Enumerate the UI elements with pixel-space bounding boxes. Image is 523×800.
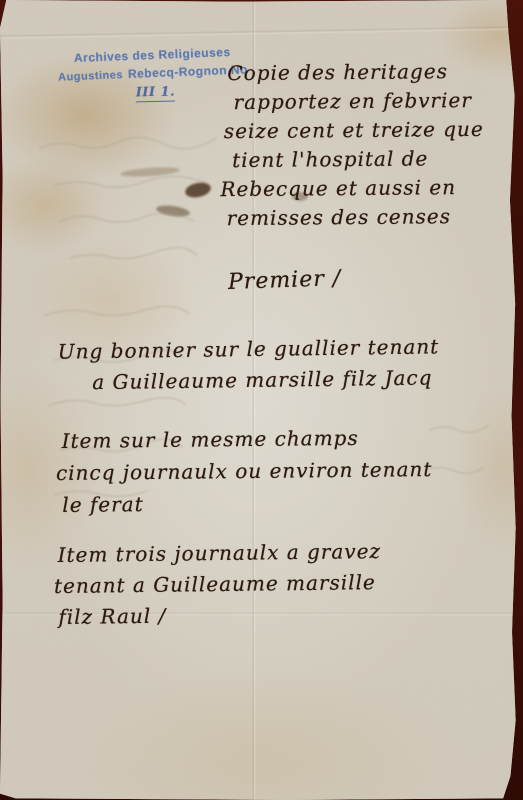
stamp-inventory-number: III 1. (136, 84, 176, 102)
entry-first: Ung bonnier sur le guallier tenant a Gui… (58, 331, 440, 398)
stamp-line-2: Augustines (58, 69, 123, 83)
manuscript-line: tient l'hospital de (232, 144, 484, 175)
ink-stain (184, 180, 212, 199)
entry-third: Item trois journaulx a gravez tenant a G… (57, 536, 382, 633)
ink-stain (120, 166, 180, 178)
opening-paragraph: Copie des heritages rapportez en febvrie… (227, 57, 484, 233)
top-fold-crease (0, 25, 523, 39)
manuscript-line: remisses des censes (227, 202, 485, 233)
manuscript-line: tenant a Guilleaume marsille (54, 567, 382, 602)
manuscript-line: cincq journaulx ou environ tenant (56, 453, 433, 489)
manuscript-line: Item sur le mesme champs (62, 421, 433, 457)
stamp-line-1: Archives des Religieuses (74, 45, 231, 65)
photo-frame: Archives des Religieuses Augustines Rebe… (0, 0, 523, 800)
manuscript-line: a Guilleaume marsille filz Jacq (92, 362, 440, 398)
archive-stamp: Archives des Religieuses Augustines Rebe… (57, 42, 249, 104)
manuscript-line: le ferat (62, 485, 433, 521)
entry-second: Item sur le mesme champs cincq journaulx… (62, 421, 433, 521)
manuscript-line: seize cent et treize que (224, 115, 484, 146)
manuscript-line: Copie des heritages (227, 57, 483, 88)
section-header: Premier / (228, 266, 342, 295)
manuscript-line: Item trois journaulx a gravez (57, 536, 381, 571)
ink-stain (155, 204, 190, 219)
manuscript-line: rapportez en febvrier (233, 86, 483, 117)
manuscript-line: filz Raul / (58, 598, 382, 633)
manuscript-line: Rebecque et aussi en (220, 173, 484, 204)
manuscript-page: Archives des Religieuses Augustines Rebe… (0, 0, 523, 800)
